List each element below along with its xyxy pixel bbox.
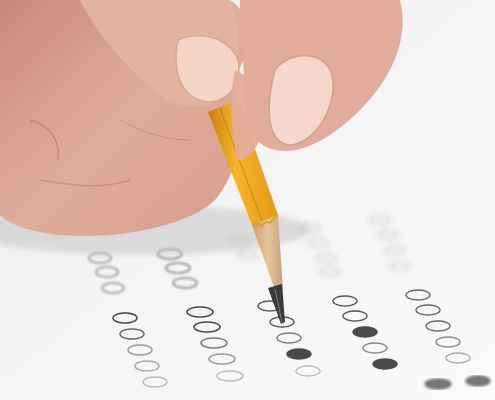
scene-illustration xyxy=(0,0,495,400)
photo xyxy=(0,0,495,400)
